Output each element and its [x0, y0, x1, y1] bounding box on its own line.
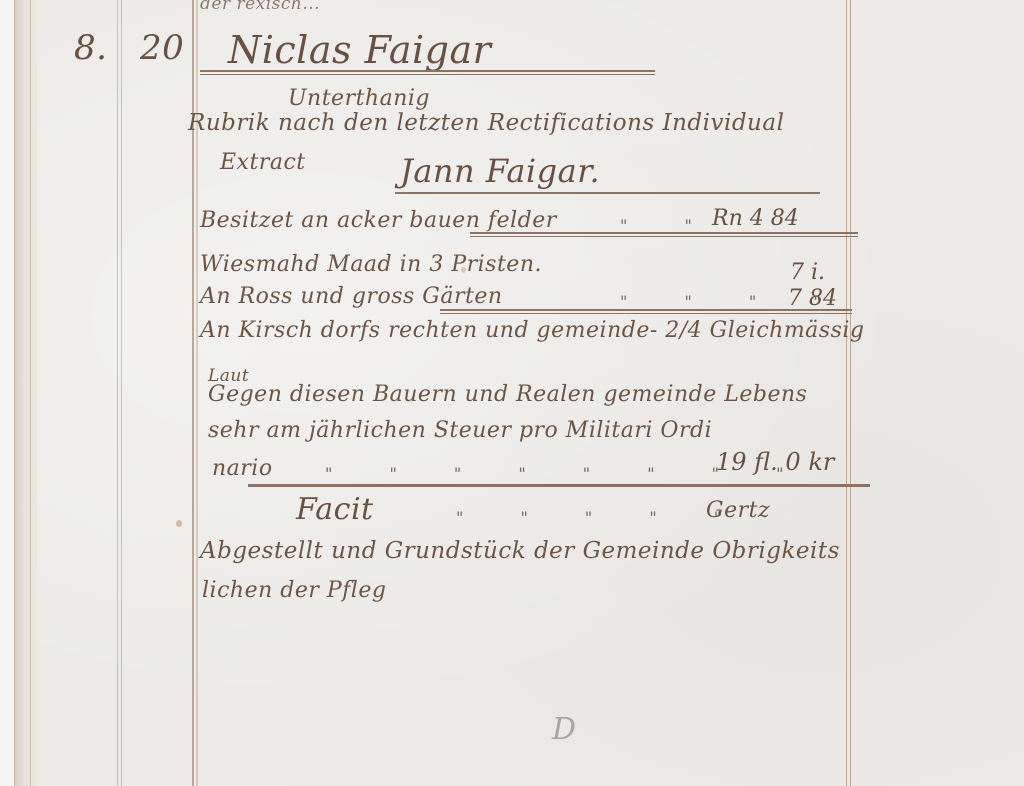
facit-label: Facit [296, 492, 374, 527]
intro-line-2: Extract [220, 150, 306, 175]
column-rule [117, 0, 118, 786]
ledger-underline [440, 309, 852, 314]
ledger-underline [470, 232, 858, 237]
sub-name: Jann Faigar. [400, 152, 600, 190]
ledger-line: Gegen diesen Bauern und Realen gemeinde … [208, 382, 807, 407]
binding-line [30, 0, 31, 786]
column-rule-amount [850, 0, 851, 786]
pencil-mark: D [552, 712, 576, 747]
ledger-line: Besitzet an acker bauen felder [200, 208, 557, 233]
ledger-line: nario [212, 456, 273, 481]
ledger-amount: 7 i. [790, 260, 825, 285]
top-fragment: der rexisch... [200, 0, 320, 14]
ledger-line: An Ross und gross Gärten [200, 284, 503, 309]
closing-line: lichen der Pfleg [202, 578, 386, 603]
entry-number: 8. [74, 28, 107, 68]
intro-line: Rubrik nach den letzten Rectifications I… [188, 110, 784, 136]
column-rule-amount [846, 0, 847, 786]
ledger-amount: 7 84 [788, 286, 837, 311]
closing-line: Abgestellt und Grundstück der Gemeinde O… [200, 538, 840, 564]
total-rule [248, 484, 870, 487]
ledger-amount: Rn 4 84 [712, 206, 799, 231]
facit-amount: Gertz [706, 498, 770, 523]
column-rule [121, 0, 122, 786]
sub-name-underline [395, 192, 820, 194]
header-underline [200, 70, 655, 75]
header-name: Niclas Faigar [228, 28, 491, 72]
subheading: Unterthanig [288, 86, 430, 111]
ditto-marks: " " " " " [456, 508, 747, 527]
ledger-line: sehr am jährlichen Steuer pro Militari O… [208, 418, 712, 443]
ink-stain [176, 520, 182, 527]
entry-subnumber: 20 [140, 28, 184, 68]
ledger-line: Wiesmahd Maad in 3 Pristen. [200, 252, 542, 277]
ledger-amount: 19 fl. 0 kr [716, 448, 834, 476]
binding-fold [14, 0, 37, 786]
page-edge [0, 0, 14, 786]
ledger-line: An Kirsch dorfs rechten und gemeinde- 2/… [200, 318, 865, 343]
ink-stain [461, 267, 466, 273]
manuscript-page: 8. 20 der rexisch... Niclas Faigar Unter… [0, 0, 1024, 786]
